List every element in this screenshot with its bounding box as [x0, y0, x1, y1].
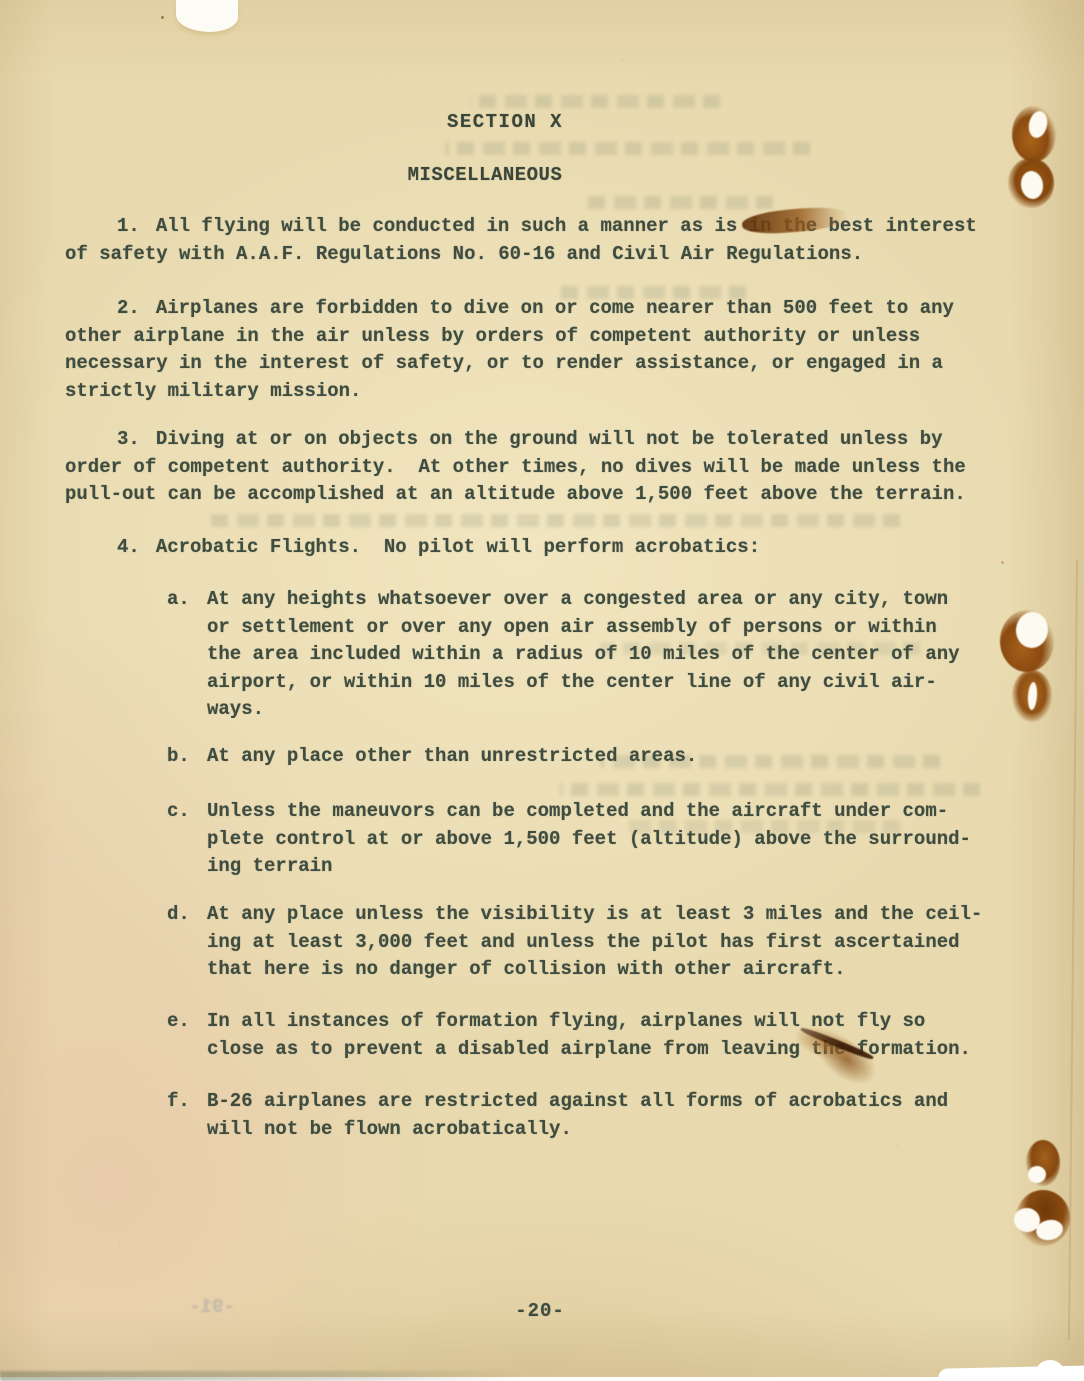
bleedthrough-strip: [445, 142, 810, 155]
list-item-e-letter: e.: [167, 1008, 207, 1063]
binding-hole: [1027, 682, 1038, 711]
bleedthrough-strip: [588, 196, 773, 209]
section-title: SECTION X: [65, 110, 945, 134]
binding-hole: [1028, 1166, 1046, 1183]
paragraph-3-text: Diving at or on objects on the ground wi…: [65, 428, 966, 505]
list-item-c: c. Unless the maneuvors can be completed…: [167, 798, 1007, 881]
bleedthrough-strip: [560, 783, 980, 796]
paper-specks: [161, 16, 164, 19]
rust-stain: [1012, 106, 1056, 162]
paragraph-1: 1.All flying will be conducted in such a…: [65, 213, 987, 268]
paragraph-3-number: 3.: [117, 426, 140, 454]
list-item-a: a. At any heights whatsoever over a cong…: [167, 586, 1007, 724]
rust-stain: [1012, 670, 1052, 722]
paragraph-3: 3.Diving at or on objects on the ground …: [65, 426, 987, 509]
page-number: -20-: [100, 1298, 980, 1326]
list-item-d-text: At any place unless the visibility is at…: [207, 901, 1007, 984]
rust-stain: [1000, 610, 1054, 672]
list-item-d-letter: d.: [167, 901, 207, 984]
list-item-b-letter: b.: [167, 743, 207, 771]
binding-hole: [1026, 109, 1049, 139]
list-item-d: d. At any place unless the visibility is…: [167, 901, 1007, 984]
rust-stain: [1016, 1190, 1070, 1246]
bleedthrough-strip: [470, 95, 720, 108]
document-subtitle: MISCELLANEOUS: [45, 163, 925, 187]
paragraph-2-number: 2.: [117, 295, 140, 323]
list-item-f-letter: f.: [167, 1088, 207, 1143]
bleedthrough-strip: [210, 514, 900, 527]
list-item-a-text: At any heights whatsoever over a congest…: [207, 586, 1007, 724]
paragraph-4-number: 4.: [117, 534, 140, 562]
list-item-a-letter: a.: [167, 586, 207, 724]
paper-edge-notch: [1036, 1360, 1064, 1381]
list-item-f-text: B-26 airplanes are restricted against al…: [207, 1088, 1007, 1143]
ink-smudge: [788, 1028, 884, 1082]
paragraph-2-text: Airplanes are forbidden to dive on or co…: [65, 297, 954, 402]
rust-stain: [1026, 1140, 1060, 1186]
paragraph-2: 2.Airplanes are forbidden to dive on or …: [65, 295, 987, 405]
paper-edge: [0, 1371, 520, 1381]
paragraph-4-heading: 4.Acrobatic Flights. No pilot will perfo…: [65, 534, 987, 562]
rust-stain: [1008, 158, 1054, 208]
binding-hole: [1019, 170, 1045, 201]
list-item-b: b. At any place other than unrestricted …: [167, 743, 1007, 771]
list-item-b-text: At any place other than unrestricted are…: [207, 743, 1007, 771]
paragraph-4-text: Acrobatic Flights. No pilot will perform…: [156, 536, 760, 558]
list-item-e-text: In all instances of formation flying, ai…: [207, 1008, 1007, 1063]
list-item-f: f. B-26 airplanes are restricted against…: [167, 1088, 1007, 1143]
list-item-c-letter: c.: [167, 798, 207, 881]
list-item-c-text: Unless the maneuvors can be completed an…: [207, 798, 1007, 881]
scanned-document: SECTION X MISCELLANEOUS 1.All flying wil…: [0, 0, 1084, 1381]
paragraph-1-number: 1.: [117, 213, 140, 241]
